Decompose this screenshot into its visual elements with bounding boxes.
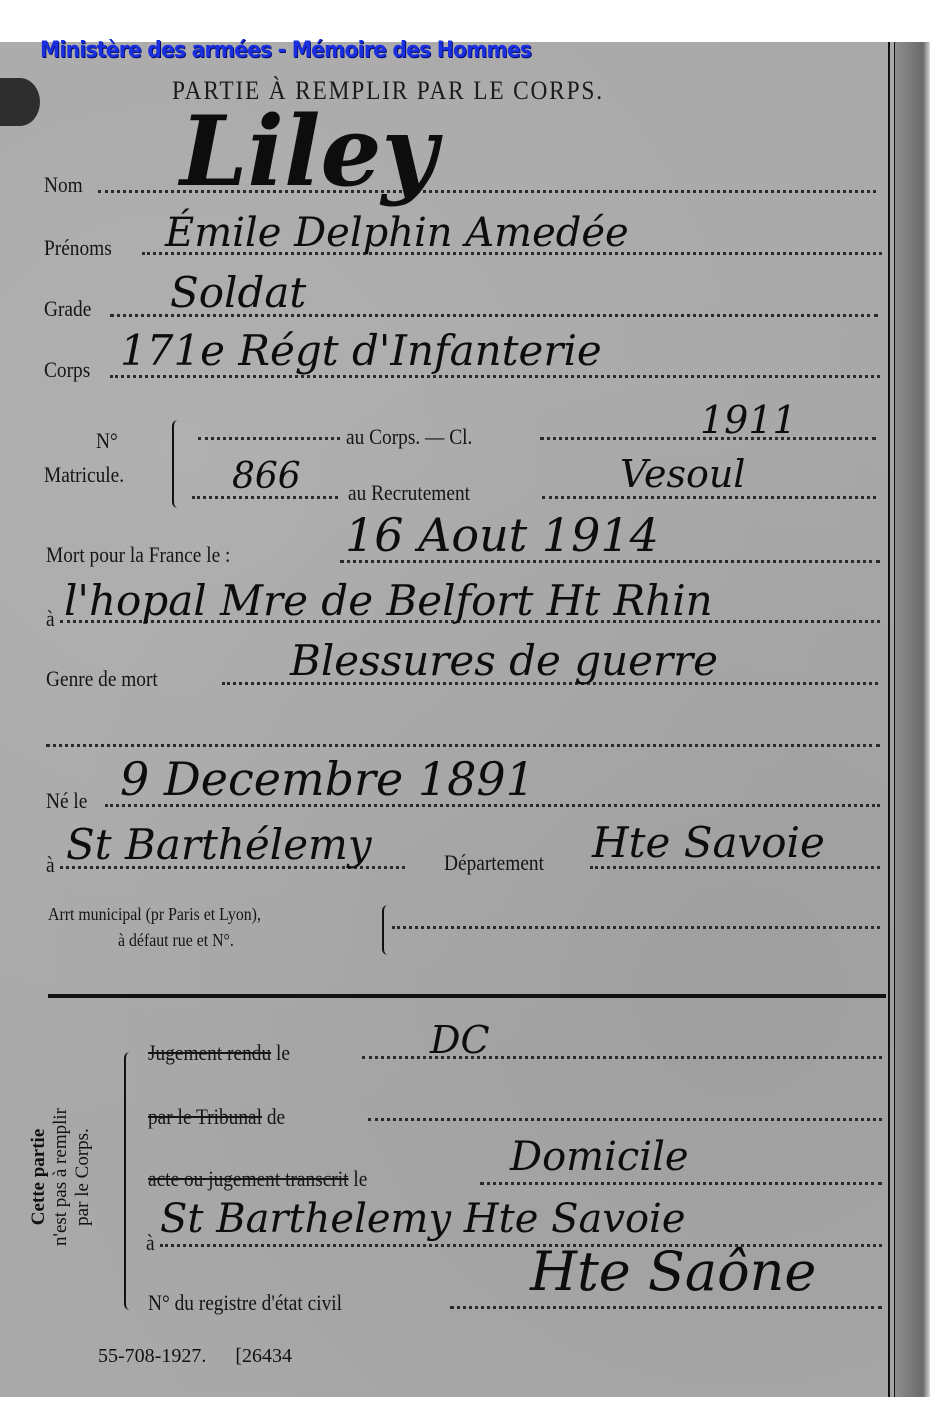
recrutement-value: Vesoul bbox=[620, 452, 745, 496]
a-value: St Barthelemy Hte Savoie bbox=[160, 1196, 686, 1242]
genre-mort-label: Genre de mort bbox=[46, 666, 158, 692]
border-line-inner bbox=[894, 42, 895, 1397]
au-corps-label: au Corps. — Cl. bbox=[346, 424, 472, 450]
corps-value: 171e Régt d'Infanterie bbox=[120, 326, 602, 375]
nom-value: Liley bbox=[180, 95, 437, 208]
tribunal-label: par le Tribunal de bbox=[148, 1104, 285, 1130]
registre-line bbox=[450, 1306, 882, 1309]
acte-line bbox=[480, 1182, 882, 1185]
mort-label: Mort pour la France le : bbox=[46, 542, 230, 568]
au-corps-line bbox=[198, 437, 340, 440]
classe-value: 1911 bbox=[700, 398, 797, 442]
watermark: Ministère des armées - Mémoire des Homme… bbox=[40, 38, 531, 63]
arrondissement-brace bbox=[382, 905, 392, 955]
tribunal-line bbox=[368, 1118, 882, 1121]
recrutement-line bbox=[542, 496, 876, 499]
recrutement-label: au Recrutement bbox=[348, 480, 470, 506]
matricule-brace bbox=[172, 420, 182, 508]
mort-value: 16 Aout 1914 bbox=[345, 508, 659, 562]
lower-section-brace bbox=[124, 1052, 134, 1310]
a-label: à bbox=[146, 1230, 155, 1256]
arrondissement-label-2: à défaut rue et N°. bbox=[118, 930, 234, 951]
side-note: Cette partie n'est pas à remplir par le … bbox=[28, 1092, 94, 1262]
border-line-outer bbox=[888, 42, 890, 1397]
prenoms-label: Prénoms bbox=[44, 235, 112, 261]
jugement-label: Jugement rendu le bbox=[148, 1040, 290, 1066]
ink-blot bbox=[0, 78, 40, 126]
grade-label: Grade bbox=[44, 296, 91, 322]
lieu-naissance-value: St Barthélemy bbox=[66, 820, 372, 869]
matricule-label: Matricule. bbox=[44, 462, 124, 488]
genre-mort-value: Blessures de guerre bbox=[290, 636, 718, 685]
registre-label: N° du registre d'état civil bbox=[148, 1290, 342, 1316]
grade-value: Soldat bbox=[170, 268, 306, 317]
form-code: 55-708-1927. bbox=[98, 1345, 206, 1367]
naissance-label: Né le bbox=[46, 788, 87, 814]
registre-value: Hte Saône bbox=[530, 1240, 816, 1303]
lieu-mort-label: à bbox=[46, 606, 55, 632]
recrutement-number: 866 bbox=[232, 456, 301, 497]
corps-label: Corps bbox=[44, 357, 90, 383]
arrondissement-line bbox=[392, 926, 880, 929]
naissance-value: 9 Decembre 1891 bbox=[120, 752, 535, 806]
acte-label: acte ou jugement transcrit le bbox=[148, 1166, 367, 1192]
arrondissement-label-1: Arrt municipal (pr Paris et Lyon), bbox=[48, 904, 261, 925]
section-divider bbox=[48, 994, 886, 998]
nom-label: Nom bbox=[44, 172, 83, 198]
jugement-value: DC bbox=[430, 1018, 490, 1062]
genre-mort-line-2 bbox=[46, 744, 880, 747]
lieu-mort-value: l'hopal Mre de Belfort Ht Rhin bbox=[64, 576, 713, 625]
no-label: N° bbox=[96, 428, 118, 454]
print-number: [26434 bbox=[235, 1345, 292, 1367]
departement-label: Département bbox=[444, 850, 544, 876]
acte-value: Domicile bbox=[510, 1134, 689, 1180]
prenoms-value: Émile Delphin Amedée bbox=[165, 210, 629, 256]
form-footer: 55-708-1927. [26434 bbox=[98, 1345, 292, 1368]
departement-value: Hte Savoie bbox=[592, 818, 825, 867]
lieu-naissance-label: à bbox=[46, 852, 55, 878]
page-edge-shadow bbox=[895, 42, 930, 1397]
corps-line bbox=[110, 375, 880, 378]
